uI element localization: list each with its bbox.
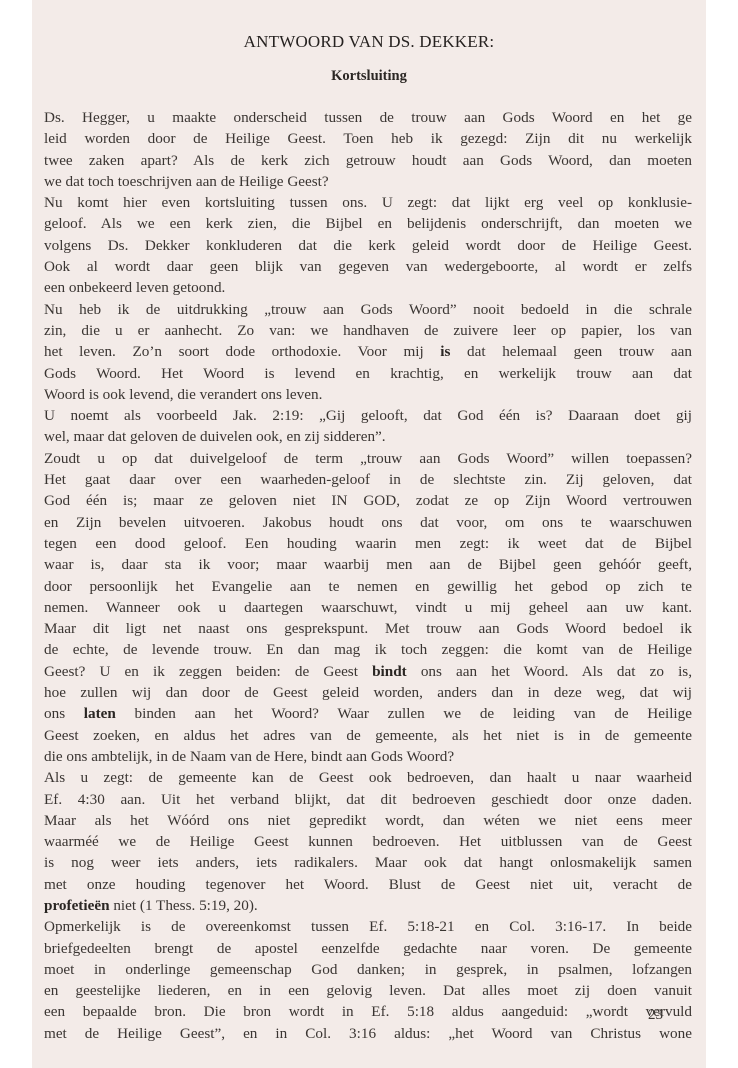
text-segment: niet (1 Thess. 5:19, 20). — [110, 897, 258, 914]
text-segment: zin, die u er aanhecht. Zo van: we handh… — [44, 322, 692, 339]
text-line: leid worden door de Heilige Geest. Toen … — [44, 128, 692, 149]
body-text: Ds. Hegger, u maakte onderscheid tussen … — [44, 107, 692, 1044]
text-line: tegen een dood geloof. Een houding waari… — [44, 533, 692, 554]
text-line: twee zaken apart? Als de kerk zich getro… — [44, 150, 692, 171]
text-segment: wel, maar dat geloven de duivelen ook, e… — [44, 428, 386, 445]
text-line: en Zijn bevelen uitvoeren. Jakobus houdt… — [44, 512, 692, 533]
text-segment: twee zaken apart? Als de kerk zich getro… — [44, 152, 692, 169]
text-segment: Nu heb ik de uitdrukking „trouw aan Gods… — [44, 301, 692, 318]
text-segment: Zoudt u op dat duivelgeloof de term „tro… — [44, 450, 692, 467]
text-line: waar is, daar sta ik voor; maar waarbij … — [44, 554, 692, 575]
text-segment: door persoonlijk het Evangelie aan te ne… — [44, 578, 692, 595]
text-line: de echte, de levende trouw. En dan mag i… — [44, 639, 692, 660]
text-line: Ef. 4:30 aan. Uit het verband blijkt, da… — [44, 789, 692, 810]
text-segment: Opmerkelijk is de overeenkomst tussen Ef… — [44, 918, 692, 935]
text-segment: we dat toch toeschrijven aan de Heilige … — [44, 173, 329, 190]
text-line: en geestelijke liederen, en in een gelov… — [44, 980, 692, 1001]
text-segment: is nog weer iets anders, iets radikalers… — [44, 854, 692, 871]
emphasized-word: laten — [84, 705, 116, 722]
text-segment: binden aan het Woord? Waar zullen we de … — [116, 705, 692, 722]
text-line: Het gaat daar over een waarheden-geloof … — [44, 469, 692, 490]
text-segment: Als u zegt: de gemeente kan de Geest ook… — [44, 769, 692, 786]
text-line: waarméé we de Heilige Geest kunnen bedro… — [44, 831, 692, 852]
text-segment: Ook al wordt daar geen blijk van gegeven… — [44, 258, 692, 275]
text-segment: briefgedeelten brengt de apostel eenzelf… — [44, 940, 692, 957]
emphasized-word: profetieën — [44, 897, 110, 914]
text-line: een onbekeerd leven getoond. — [44, 277, 692, 298]
text-line: Maar als het Wóórd ons niet gepredikt wo… — [44, 810, 692, 831]
text-line: Maar dit ligt net naast ons gesprekspunt… — [44, 618, 692, 639]
text-line: Opmerkelijk is de overeenkomst tussen Ef… — [44, 916, 692, 937]
text-line: Ds. Hegger, u maakte onderscheid tussen … — [44, 107, 692, 128]
text-line: met onze houding tegenover het Woord. Bl… — [44, 874, 692, 895]
text-segment: geloof. Als we een kerk zien, die Bijbel… — [44, 215, 692, 232]
text-segment: Ds. Hegger, u maakte onderscheid tussen … — [44, 109, 692, 126]
text-segment: waar is, daar sta ik voor; maar waarbij … — [44, 556, 692, 573]
text-line: briefgedeelten brengt de apostel eenzelf… — [44, 938, 692, 959]
text-line: door persoonlijk het Evangelie aan te ne… — [44, 576, 692, 597]
text-line: geloof. Als we een kerk zien, die Bijbel… — [44, 213, 692, 234]
text-segment: dat helemaal geen trouw aan — [450, 343, 692, 360]
text-segment: U noemt als voorbeeld Jak. 2:19: „Gij ge… — [44, 407, 692, 424]
text-line: Geest? U en ik zeggen beiden: de Geest b… — [44, 661, 692, 682]
text-segment: waarméé we de Heilige Geest kunnen bedro… — [44, 833, 692, 850]
text-segment: het leven. Zo’n soort dode orthodoxie. V… — [44, 343, 440, 360]
text-segment: moet in onderlinge gemeenschap God danke… — [44, 961, 692, 978]
text-line: Nu heb ik de uitdrukking „trouw aan Gods… — [44, 299, 692, 320]
text-segment: met onze houding tegenover het Woord. Bl… — [44, 876, 692, 893]
text-segment: Ef. 4:30 aan. Uit het verband blijkt, da… — [44, 791, 692, 808]
book-page: ANTWOORD VAN DS. DEKKER: Kortsluiting Ds… — [32, 0, 706, 1068]
text-line: wel, maar dat geloven de duivelen ook, e… — [44, 426, 692, 447]
emphasized-word: is — [440, 343, 450, 360]
text-line: we dat toch toeschrijven aan de Heilige … — [44, 171, 692, 192]
text-line: met de Heilige Geest”, en in Col. 3:16 a… — [44, 1023, 692, 1044]
text-line: Woord is ook levend, die verandert ons l… — [44, 384, 692, 405]
text-line: het leven. Zo’n soort dode orthodoxie. V… — [44, 341, 692, 362]
text-line: die ons ambtelijk, in de Naam van de Her… — [44, 746, 692, 767]
text-line: Ook al wordt daar geen blijk van gegeven… — [44, 256, 692, 277]
text-line: hoe zullen wij dan door de Geest geleid … — [44, 682, 692, 703]
emphasized-word: bindt — [372, 663, 407, 680]
text-segment: nemen. Wanneer ook u daartegen waarschuw… — [44, 599, 692, 616]
text-segment: Geest zoeken, en aldus het adres van de … — [44, 727, 692, 744]
text-segment: leid worden door de Heilige Geest. Toen … — [44, 130, 692, 147]
text-line: nemen. Wanneer ook u daartegen waarschuw… — [44, 597, 692, 618]
text-line: Gods Woord. Het Woord is levend en krach… — [44, 363, 692, 384]
text-segment: Nu komt hier even kortsluiting tussen on… — [44, 194, 692, 211]
text-line: U noemt als voorbeeld Jak. 2:19: „Gij ge… — [44, 405, 692, 426]
text-segment: Woord is ook levend, die verandert ons l… — [44, 386, 322, 403]
text-line: is nog weer iets anders, iets radikalers… — [44, 852, 692, 873]
text-segment: Gods Woord. Het Woord is levend en krach… — [44, 365, 692, 382]
text-line: Zoudt u op dat duivelgeloof de term „tro… — [44, 448, 692, 469]
text-segment: een bepaalde bron. Die bron wordt in Ef.… — [44, 1003, 692, 1020]
text-line: moet in onderlinge gemeenschap God danke… — [44, 959, 692, 980]
text-segment: Geest? U en ik zeggen beiden: de Geest — [44, 663, 372, 680]
text-line: God één is; maar ze geloven niet IN GOD,… — [44, 490, 692, 511]
text-segment: met de Heilige Geest”, en in Col. 3:16 a… — [44, 1025, 692, 1042]
text-line: Nu komt hier even kortsluiting tussen on… — [44, 192, 692, 213]
text-segment: een onbekeerd leven getoond. — [44, 279, 225, 296]
text-line: profetieën niet (1 Thess. 5:19, 20). — [44, 895, 692, 916]
text-segment: hoe zullen wij dan door de Geest geleid … — [44, 684, 692, 701]
text-segment: ons — [44, 705, 84, 722]
text-line: Als u zegt: de gemeente kan de Geest ook… — [44, 767, 692, 788]
text-segment: Maar dit ligt net naast ons gesprekspunt… — [44, 620, 692, 637]
text-segment: ons aan het Woord. Als dat zo is, — [407, 663, 692, 680]
text-segment: en geestelijke liederen, en in een gelov… — [44, 982, 692, 999]
text-line: zin, die u er aanhecht. Zo van: we handh… — [44, 320, 692, 341]
text-segment: de echte, de levende trouw. En dan mag i… — [44, 641, 692, 658]
text-line: een bepaalde bron. Die bron wordt in Ef.… — [44, 1001, 692, 1022]
text-line: Geest zoeken, en aldus het adres van de … — [44, 725, 692, 746]
chapter-heading: ANTWOORD VAN DS. DEKKER: — [32, 32, 706, 52]
text-segment: Maar als het Wóórd ons niet gepredikt wo… — [44, 812, 692, 829]
text-segment: tegen een dood geloof. Een houding waari… — [44, 535, 692, 552]
text-segment: en Zijn bevelen uitvoeren. Jakobus houdt… — [44, 514, 692, 531]
text-segment: die ons ambtelijk, in de Naam van de Her… — [44, 748, 454, 765]
page-number: 23 — [648, 1007, 663, 1024]
text-line: volgens Ds. Dekker konkluderen dat die k… — [44, 235, 692, 256]
text-segment: God één is; maar ze geloven niet IN GOD,… — [44, 492, 692, 509]
text-segment: Het gaat daar over een waarheden-geloof … — [44, 471, 692, 488]
section-subheading: Kortsluiting — [32, 68, 706, 85]
text-line: ons laten binden aan het Woord? Waar zul… — [44, 703, 692, 724]
text-segment: volgens Ds. Dekker konkluderen dat die k… — [44, 237, 692, 254]
